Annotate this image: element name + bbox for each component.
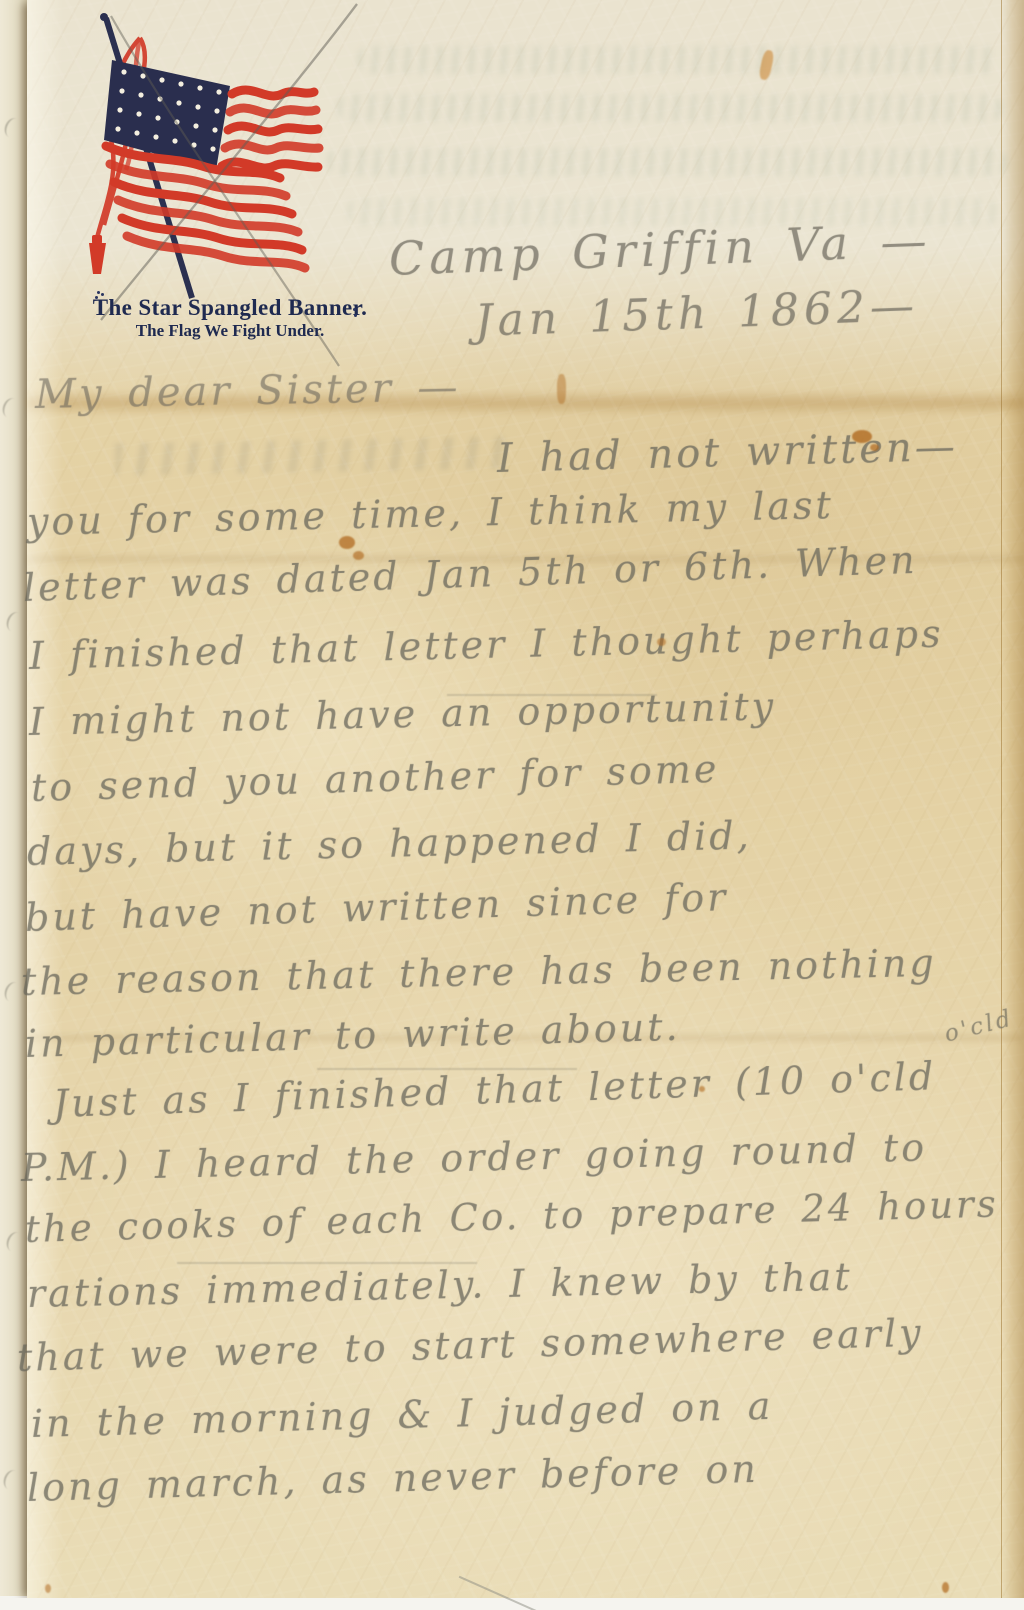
paper-stain	[339, 536, 355, 549]
pencil-mark-fragment	[0, 396, 22, 421]
paper-stain	[657, 638, 666, 646]
paper-stain	[870, 444, 879, 451]
letter-line: days, but it so happened I did,	[27, 814, 753, 874]
ink-speck	[97, 291, 100, 294]
letterhead-title: The Star Spangled Banner.	[82, 295, 378, 321]
letter-line: the reason that there has been nothing	[21, 941, 938, 1004]
letter-line: I might not have an opportunity	[29, 684, 777, 744]
pencil-guide-stroke	[317, 1068, 577, 1070]
pencil-mark-fragment	[1, 1468, 23, 1493]
letter-line: Just as I finished that letter (10 o'cld	[52, 1054, 937, 1126]
letter-line: that we were to start somewhere early	[16, 1311, 924, 1380]
paper-stain	[45, 1584, 51, 1593]
paper-stain	[557, 374, 566, 404]
letter-line: I finished that letter I thought perhaps	[28, 612, 944, 678]
letter-line: but have not written since for	[24, 875, 729, 940]
pencil-mark-fragment	[2, 116, 24, 141]
scan-background-bottom	[0, 1598, 1024, 1610]
bleedthrough-row	[327, 148, 1007, 176]
paper-stain	[852, 430, 872, 443]
ink-speck	[353, 308, 356, 311]
letter-line: in the morning & I judged on a	[30, 1384, 773, 1446]
letter-line: you for some time, I think my last	[27, 483, 835, 544]
paper-stain	[353, 551, 364, 560]
page-edge-right	[1001, 0, 1024, 1600]
pencil-mark-fragment	[4, 610, 26, 635]
erased-text-smudge	[115, 437, 515, 476]
pencil-mark-fragment	[4, 1230, 26, 1255]
letter-line: in particular to write about.	[24, 1005, 681, 1066]
letter-line: long march, as never before on	[26, 1447, 759, 1510]
paper-stain	[699, 1086, 705, 1092]
salutation: My dear Sister —	[35, 365, 461, 418]
letter-line: to send you another for some	[30, 747, 720, 810]
bleedthrough-row	[357, 46, 997, 74]
letterhead-subtitle: The Flag We Fight Under.	[82, 321, 378, 341]
letter-line: letter was dated Jan 5th or 6th. When	[22, 538, 918, 610]
letter-line: I had not written—	[496, 424, 958, 482]
letter-page: The Star Spangled Banner. The Flag We Fi…	[27, 0, 1024, 1600]
pencil-guide-stroke	[447, 694, 657, 696]
bleedthrough-row	[337, 94, 1002, 122]
letter-line: the cooks of each Co. to prepare 24 hour…	[24, 1183, 999, 1251]
pencil-guide-stroke	[177, 1262, 477, 1264]
letter-line: P.M.) I heard the order going round to	[21, 1125, 928, 1190]
paper-stain	[942, 1582, 949, 1593]
scan-background: The Star Spangled Banner. The Flag We Fi…	[0, 0, 1024, 1610]
